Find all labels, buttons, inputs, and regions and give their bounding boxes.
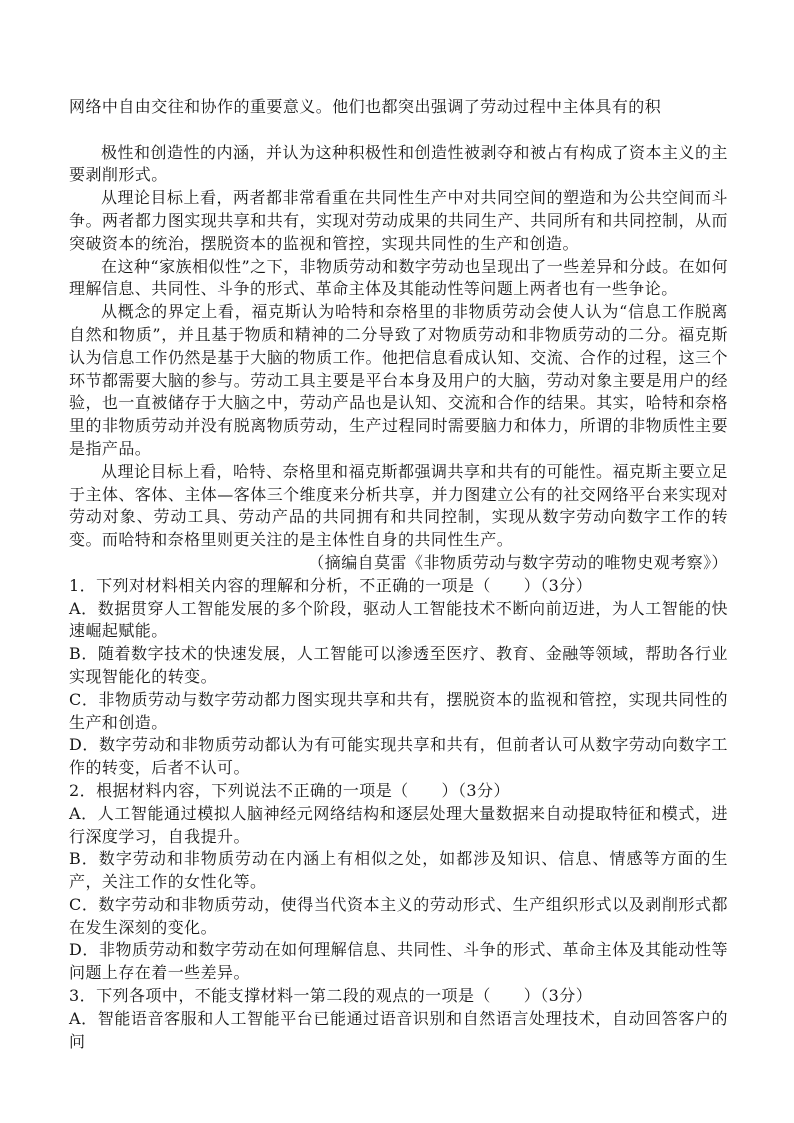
exam-page: 网络中自由交往和协作的重要意义。他们也都突出强调了劳动过程中主体具有的积 极性和… (0, 0, 794, 1123)
material-paragraphs: 极性和创造性的内涵，并认为这种积极性和创造性被剥夺和被占有构成了资本主义的主要剥… (69, 142, 728, 552)
question-2-stem: 2．根据材料内容，下列说法不正确的一项是（ ）（3分） (69, 780, 728, 803)
material-paragraph: 从理论目标上看，哈特、奈格里和福克斯都强调共享和共有的可能性。福克斯主要立足于主… (69, 461, 728, 552)
question-1-stem: 1．下列对材料相关内容的理解和分析，不正确的一项是（ ）（3分） (69, 575, 728, 598)
question-3-stem: 3．下列各项中，不能支撑材料一第二段的观点的一项是（ ）（3分） (69, 985, 728, 1008)
question-2-option-a: A．人工智能通过模拟人脑神经元网络结构和逐层处理大量数据来自动提取特征和模式，进… (69, 803, 728, 849)
source-attribution: （摘编自莫雷《非物质劳动与数字劳动的唯物史观考察》） (69, 552, 728, 575)
question-1-option-c: C．非物质劳动与数字劳动都力图实现共享和共有，摆脱资本的监视和管控，实现共同性的… (69, 689, 728, 735)
question-2-option-c: C．数字劳动和非物质劳动，使得当代资本主义的劳动形式、生产组织形式以及剥削形式都… (69, 894, 728, 940)
material-continuation-line: 网络中自由交往和协作的重要意义。他们也都突出强调了劳动过程中主体具有的积 (69, 96, 728, 119)
question-3-option-a: A．智能语音客服和人工智能平台已能通过语音识别和自然语言处理技术，自动回答客户的… (69, 1008, 728, 1054)
question-1-option-a: A．数据贯穿人工智能发展的多个阶段，驱动人工智能技术不断向前迈进，为人工智能的快… (69, 598, 728, 644)
material-paragraph: 在这种“家族相似性”之下，非物质劳动和数字劳动也呈现出了一些差异和分歧。在如何理… (69, 256, 728, 302)
document-content: 网络中自由交往和协作的重要意义。他们也都突出强调了劳动过程中主体具有的积 极性和… (69, 96, 728, 1053)
question-1-option-d: D．数字劳动和非物质劳动都认为有可能实现共享和共有，但前者认可从数字劳动向数字工… (69, 734, 728, 780)
material-paragraph: 从概念的界定上看，福克斯认为哈特和奈格里的非物质劳动会使人认为“信息工作脱离自然… (69, 301, 728, 461)
questions-section: 1．下列对材料相关内容的理解和分析，不正确的一项是（ ）（3分）A．数据贯穿人工… (69, 575, 728, 1054)
material-paragraph: 极性和创造性的内涵，并认为这种积极性和创造性被剥夺和被占有构成了资本主义的主要剥… (69, 142, 728, 188)
question-2-option-b: B．数字劳动和非物质劳动在内涵上有相似之处，如都涉及知识、信息、情感等方面的生产… (69, 848, 728, 894)
question-2-option-d: D．非物质劳动和数字劳动在如何理解信息、共同性、斗争的形式、革命主体及其能动性等… (69, 939, 728, 985)
blank-line-spacer (69, 119, 728, 142)
material-paragraph: 从理论目标上看，两者都非常看重在共同性生产中对共同空间的塑造和为公共空间而斗争。… (69, 187, 728, 255)
question-1-option-b: B．随着数字技术的快速发展，人工智能可以渗透至医疗、教育、金融等领域，帮助各行业… (69, 643, 728, 689)
